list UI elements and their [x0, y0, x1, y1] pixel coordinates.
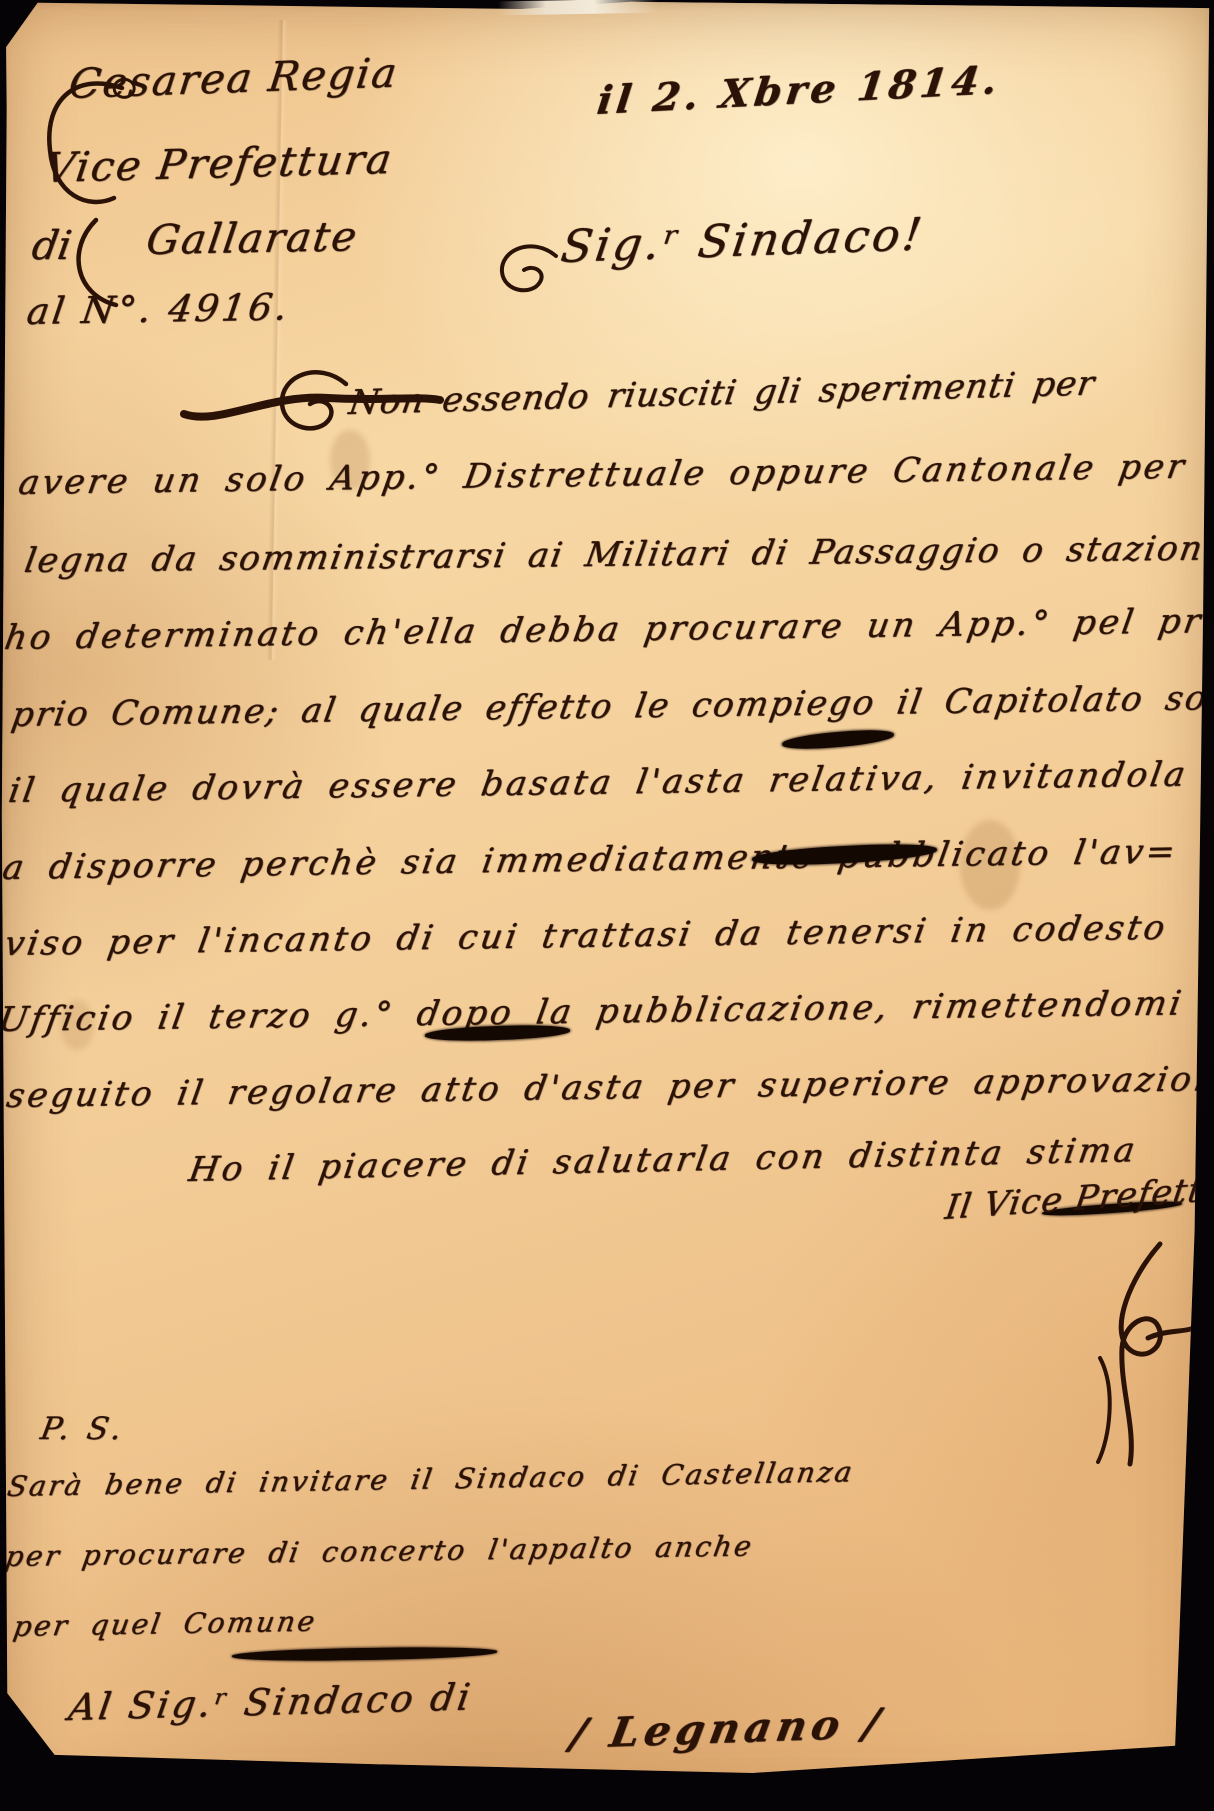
letterhead-line-3-di: di	[29, 224, 74, 268]
body-line: avere un solo App.° Distrettuale oppure …	[16, 448, 1214, 502]
letterhead-line-1: Cesarea Regia	[66, 51, 401, 107]
signature-flourish	[1040, 1238, 1210, 1478]
postscript-line: Sarà bene di invitare il Sindaco di Cast…	[5, 1457, 856, 1503]
ink-blot	[782, 727, 895, 752]
letterhead-line-3-place: Gallarate	[144, 214, 362, 263]
body-opening-swirl	[272, 368, 352, 440]
address-to: Al Sig.ʳ Sindaco di	[66, 1677, 475, 1728]
body-line: Ufficio il terzo g.° dopo la pubblicazio…	[0, 985, 1214, 1040]
body-line: seguito il regolare atto d'asta per supe…	[4, 1061, 1214, 1116]
letterhead-registry-number: al N°. 4916.	[24, 287, 292, 332]
postscript-line: per quel Comune	[11, 1607, 319, 1643]
body-line: il quale dovrà essere basata l'asta rela…	[6, 757, 1191, 811]
address-place: / Legnano /	[567, 1701, 888, 1757]
letter-paper: Cesarea Regia Vice Prefettura di Gallara…	[0, 0, 1214, 1811]
salutation: Sig.ʳ Sindaco!	[558, 209, 927, 271]
body-line: legna da somministrarsi ai Militari di P…	[22, 530, 1214, 580]
body-line: Non essendo riusciti gli sperimenti per	[346, 366, 1097, 423]
salutation-swirl	[492, 242, 562, 302]
letterhead-line-2: Vice Prefettura	[42, 137, 396, 191]
body-line: viso per l'incanto di cui trattasi da te…	[2, 910, 1170, 964]
ink-blot	[232, 1646, 497, 1663]
body-line: Ho il piacere di salutarla con distinta …	[186, 1132, 1140, 1189]
signature-title: Il Vice Prefetto	[943, 1171, 1214, 1228]
postscript-line: per procurare di concerto l'appalto anch…	[3, 1532, 756, 1573]
postscript-label: P. S.	[38, 1412, 128, 1446]
date-line: il 2. Xbre 1814.	[595, 59, 1004, 123]
body-line: ho determinato ch'ella debba procurare u…	[2, 603, 1214, 658]
scanned-letter-photo: Cesarea Regia Vice Prefettura di Gallara…	[0, 0, 1214, 1811]
body-line: prio Comune; al quale effetto le compieg…	[9, 680, 1214, 735]
